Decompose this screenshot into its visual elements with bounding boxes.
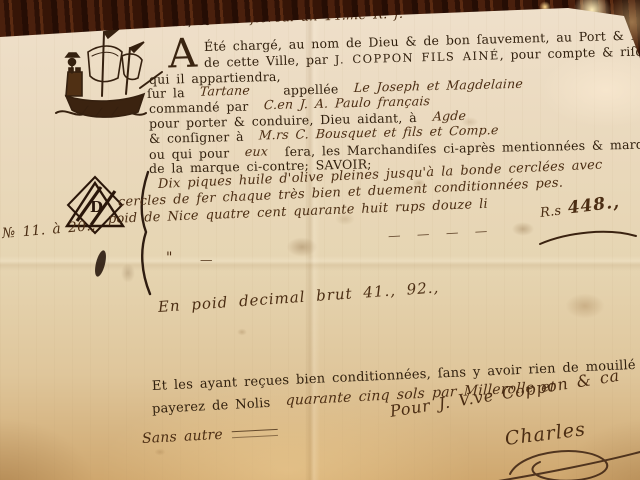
ink-blot [93,249,108,277]
photo-scene: A Nice, le 13 floréal an 14.me R. f. [0,0,640,480]
vessel-type-handwritten: Tartane [200,82,251,98]
sans-autre-line: Sans autre [142,424,279,447]
freight-label: payerez de Nolis [152,396,271,417]
weight-line: En poid decimal brut 41., 92., [157,278,439,316]
fill-dashes: — — — — [388,223,493,243]
vessel-name-handwritten: Le Joseph et Magdelaine [354,76,524,95]
shipper-name: J. COPPON FILS AINÉ [335,48,500,66]
vessel-type-label: ſur la [147,85,185,101]
cargo-total-label: R.s [539,203,562,220]
opening-line-8-handwritten: eux [244,143,268,159]
brace-icon [136,170,156,296]
opening-line-2-pre: de cette Ville, par [204,52,328,70]
short-dash: — [200,252,213,267]
consignee-label: & conſigner à [149,129,244,146]
cargo-total-value: 448., [567,192,621,218]
total-flourish-icon [538,226,640,248]
cargo-total: R.s 448., [539,192,621,222]
sans-autre-text: Sans autre [142,427,224,447]
destination-handwritten: Agde [432,108,466,124]
double-dash [232,429,278,438]
ditto-mark: " [166,250,173,266]
merchant-mark-letter: D [90,198,103,216]
signature-flourish-icon [492,440,640,480]
document-paper: A Nice, le 13 floréal an 14.me R. f. [0,0,640,480]
bale-numbering: № 11. à 20., [1,218,96,242]
drop-cap: A [167,34,197,75]
